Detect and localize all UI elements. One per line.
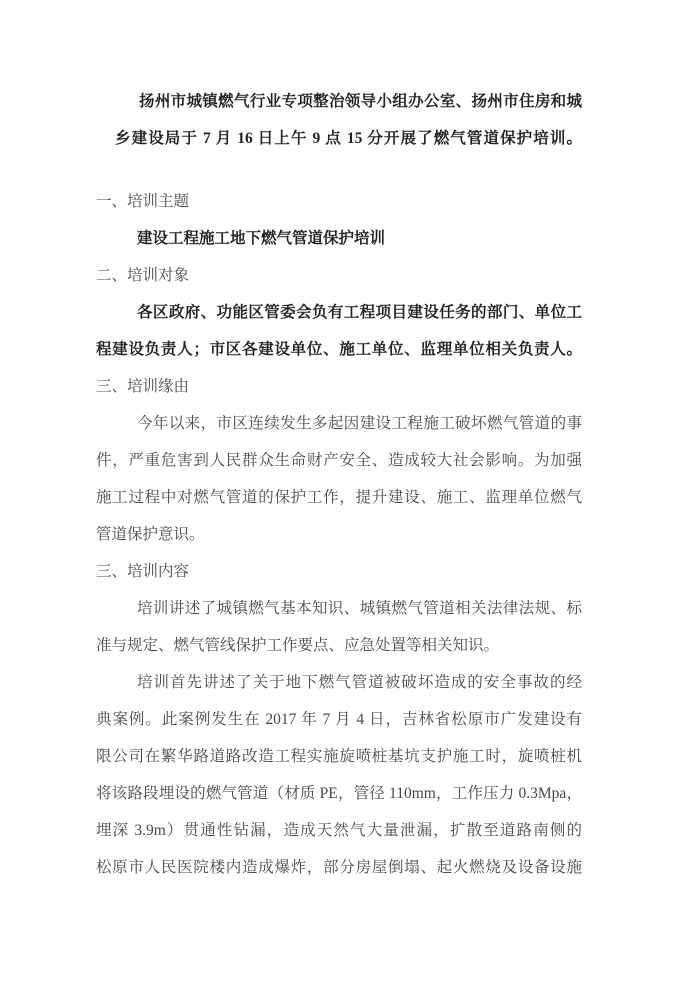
section-2-heading: 二、培训对象 bbox=[96, 257, 582, 294]
section-2-paragraph-line-2: 程建设负责人；市区各建设单位、施工单位、监理单位相关负责人。 bbox=[96, 331, 582, 368]
section-3-paragraph-line-1: 今年以来，市区连续发生多起因建设工程施工破坏燃气管道的事 bbox=[96, 405, 582, 442]
intro-paragraph-line-1: 扬州市城镇燃气行业专项整治领导小组办公室、扬州市住房和城 bbox=[115, 83, 582, 120]
section-3-heading: 三、培训缘由 bbox=[96, 368, 582, 405]
section-4-heading: 三、培训内容 bbox=[96, 553, 582, 590]
intro-paragraph-line-2: 乡建设局于 7 月 16 日上午 9 点 15 分开展了燃气管道保护培训。 bbox=[115, 120, 582, 157]
section-4-paragraph-1-line-2: 准与规定、燃气管线保护工作要点、应急处置等相关知识。 bbox=[96, 627, 582, 664]
section-2-paragraph-line-1: 各区政府、功能区管委会负有工程项目建设任务的部门、单位工 bbox=[96, 294, 582, 331]
document-page: 扬州市城镇燃气行业专项整治领导小组办公室、扬州市住房和城 乡建设局于 7 月 1… bbox=[0, 0, 700, 989]
section-4-paragraph-2-line-6: 松原市人民医院楼内造成爆炸，部分房屋倒塌、起火燃烧及设备设施 bbox=[96, 849, 582, 886]
section-4-paragraph-2-line-2: 典案例。此案例发生在 2017 年 7 月 4 日，吉林省松原市广发建设有 bbox=[96, 701, 582, 738]
section-4-paragraph-2-line-3: 限公司在繁华路道路改造工程实施旋喷桩基坑支护施工时，旋喷桩机 bbox=[96, 738, 582, 775]
blank-line bbox=[96, 157, 582, 183]
section-1-heading: 一、培训主题 bbox=[96, 183, 582, 220]
section-3-paragraph-line-2: 件，严重危害到人民群众生命财产安全、造成较大社会影响。为加强 bbox=[96, 442, 582, 479]
section-3-paragraph-line-3: 施工过程中对燃气管道的保护工作，提升建设、施工、监理单位燃气 bbox=[96, 479, 582, 516]
section-4-paragraph-2-line-4: 将该路段埋设的燃气管道（材质 PE，管径 110mm，工作压力 0.3Mpa， bbox=[96, 775, 582, 812]
section-3-paragraph-line-4: 管道保护意识。 bbox=[96, 516, 582, 553]
section-4-paragraph-2-line-5: 埋深 3.9m）贯通性钻漏，造成天然气大量泄漏，扩散至道路南侧的 bbox=[96, 812, 582, 849]
section-4-paragraph-1-line-1: 培训讲述了城镇燃气基本知识、城镇燃气管道相关法律法规、标 bbox=[96, 590, 582, 627]
section-1-body: 建设工程施工地下燃气管道保护培训 bbox=[96, 220, 582, 257]
section-4-paragraph-2-line-1: 培训首先讲述了关于地下燃气管道被破坏造成的安全事故的经 bbox=[96, 664, 582, 701]
